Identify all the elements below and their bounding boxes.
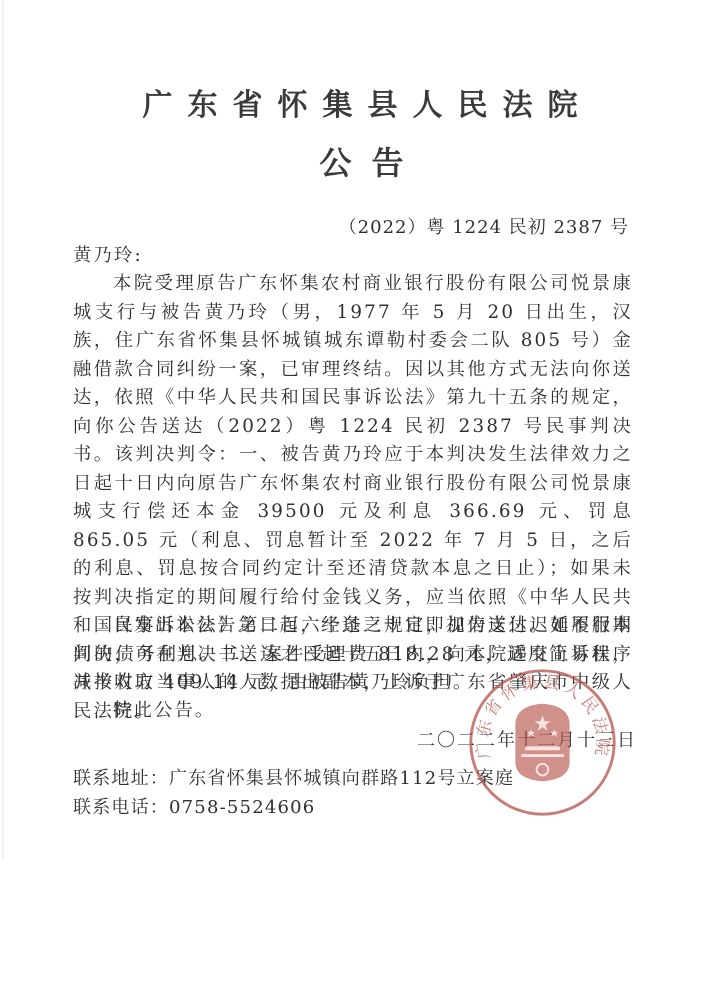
page-edge (2, 0, 4, 860)
contact-phone-value: 0758-5524606 (169, 797, 315, 818)
notice-title: 公告 (0, 138, 707, 184)
court-name-heading: 广东省怀集县人民法院 (0, 80, 707, 124)
contact-address-label: 联系地址： (73, 768, 169, 789)
closing-paragraph: 特此公告。 (73, 697, 633, 726)
case-number: （2022）粤 1224 民初 2387 号 (339, 213, 629, 239)
contact-address-value: 广东省怀集县怀城镇向群路112号立案庭 (169, 768, 514, 789)
addressee: 黄乃玲: (73, 242, 633, 271)
contact-phone-label: 联系电话： (73, 797, 169, 818)
contact-address: 联系地址：广东省怀集县怀城镇向群路112号立案庭 (73, 764, 514, 790)
contact-phone: 联系电话：0758-5524606 (73, 793, 315, 819)
issue-date: 二〇二二年十二月十三日 (417, 726, 637, 752)
